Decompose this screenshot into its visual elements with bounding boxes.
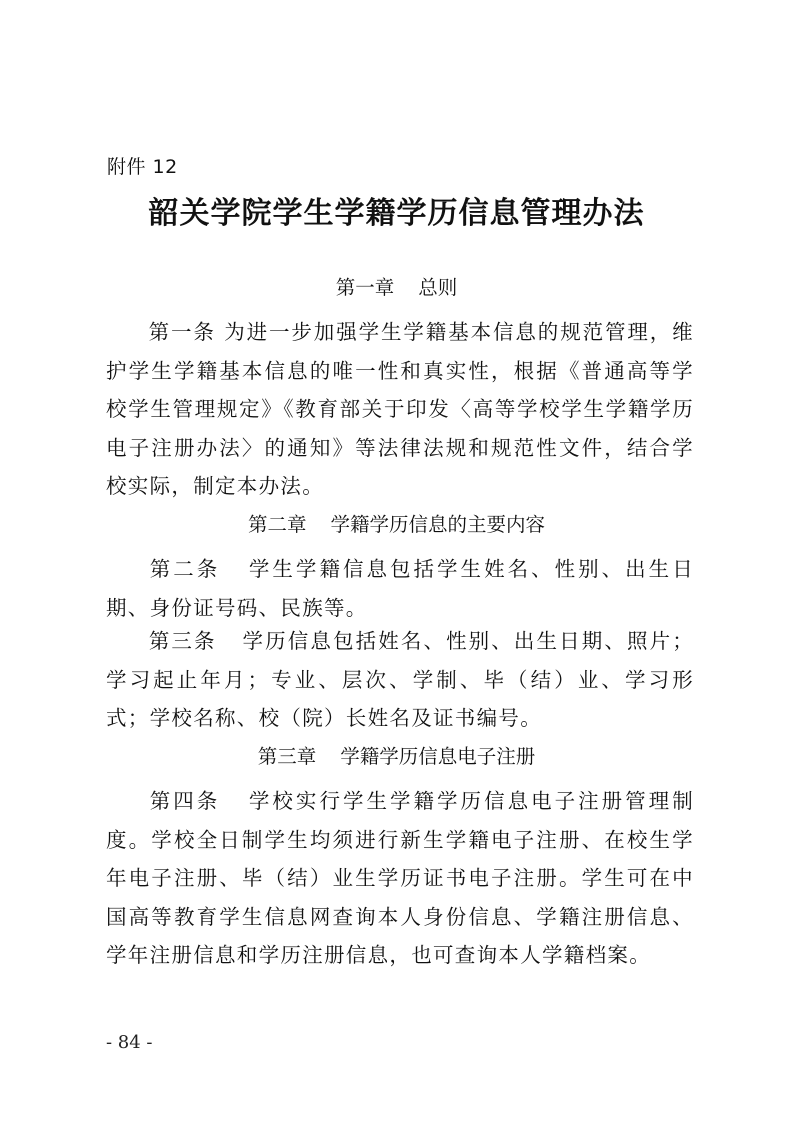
chapter-name: 学籍学历信息的主要内容 (331, 513, 546, 536)
chapter-number: 第一章 (336, 276, 395, 299)
article-3: 第三条 学历信息包括姓名、性别、出生日期、照片；学习起止年月；专业、层次、学制、… (106, 622, 694, 738)
chapter-name: 总则 (418, 276, 457, 299)
article-text: 为进一步加强学生学籍基本信息的规范管理，维护学生学籍基本信息的唯一性和真实性，根… (106, 320, 694, 498)
attachment-label: 附件 12 (107, 152, 178, 179)
chapter-name: 学籍学历信息电子注册 (340, 745, 535, 768)
article-1: 第一条 为进一步加强学生学籍基本信息的规范管理，维护学生学籍基本信息的唯一性和真… (106, 313, 694, 506)
chapter-number: 第二章 (248, 513, 307, 536)
document-title: 韶关学院学生学籍学历信息管理办法 (0, 188, 793, 232)
article-number: 第二条 (148, 557, 220, 581)
article-4: 第四条 学校实行学生学籍学历信息电子注册管理制度。学校全日制学生均须进行新生学籍… (106, 782, 694, 975)
chapter-heading-3: 第三章学籍学历信息电子注册 (0, 741, 793, 769)
article-2: 第二条 学生学籍信息包括学生姓名、性别、出生日期、身份证号码、民族等。 (106, 550, 694, 627)
chapter-heading-1: 第一章总则 (0, 272, 793, 300)
article-number: 第四条 (148, 789, 220, 813)
document-page: 附件 12 韶关学院学生学籍学历信息管理办法 第一章总则 第一条 为进一步加强学… (0, 0, 793, 1122)
chapter-heading-2: 第二章学籍学历信息的主要内容 (0, 509, 793, 537)
article-number: 第三条 (148, 629, 217, 653)
chapter-number: 第三章 (258, 745, 317, 768)
article-number: 第一条 (148, 320, 216, 344)
page-number: - 84 - (106, 1032, 153, 1053)
article-text: 学校实行学生学籍学历信息电子注册管理制度。学校全日制学生均须进行新生学籍电子注册… (106, 789, 694, 967)
